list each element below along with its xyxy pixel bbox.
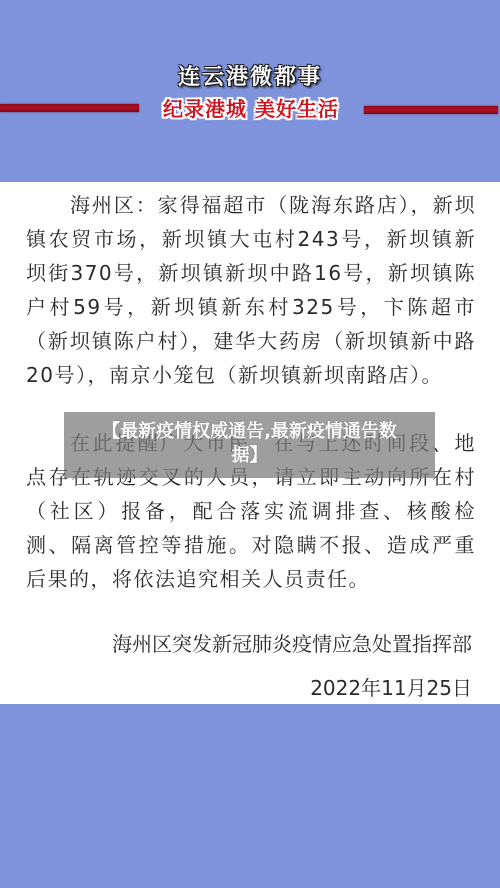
brand-title: 连云港微都事: [0, 60, 500, 91]
issuer-signature: 海州区突发新冠肺炎疫情应急处置指挥部: [112, 630, 472, 658]
notice-paragraph-locations: 海州区：家得福超市（陇海东路店），新坝镇农贸市场，新坝镇大屯村243号，新坝镇新…: [26, 188, 476, 392]
slogan-row: 纪录港城 美好生活: [0, 94, 500, 124]
title-overlay-caption: 【最新疫情权威通告,最新疫情通告数 据】: [64, 412, 435, 478]
decorative-bar-right: [364, 106, 498, 114]
overlay-line-1: 【最新疫情权威通告,最新疫情通告数: [64, 420, 435, 444]
overlay-line-2: 据】: [64, 444, 435, 468]
header-banner: 连云港微都事 纪录港城 美好生活: [0, 0, 500, 182]
decorative-bar-left: [0, 104, 139, 112]
slogan-text: 纪录港城 美好生活: [140, 94, 362, 124]
issue-date: 2022年11月25日: [310, 674, 472, 702]
